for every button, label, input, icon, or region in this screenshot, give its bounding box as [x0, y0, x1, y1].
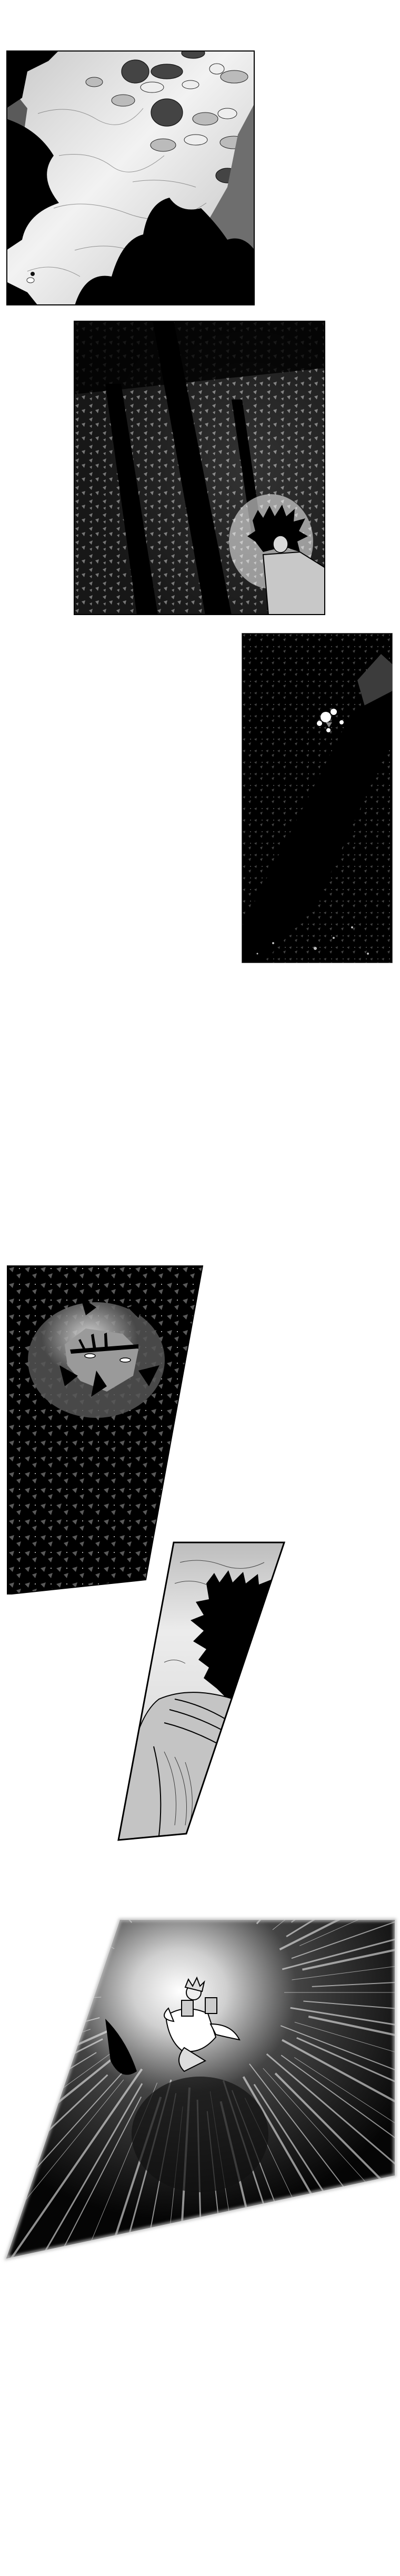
panel-6: Figure with fluttering robes leaping hig… — [0, 1914, 400, 2266]
forest-canopy-illustration — [74, 321, 325, 615]
panel-5: Back view of the spiky-haired character … — [117, 1541, 285, 1841]
leaping-figure-speedlines-illustration — [0, 1914, 400, 2266]
panel-3: Dark forest canopy with a diagonal tree … — [242, 633, 393, 963]
animal-procession-illustration — [6, 50, 255, 305]
character-back-view-illustration — [117, 1541, 285, 1841]
dark-forest-illustration — [242, 633, 393, 963]
panel-2: Low-angle view up through tall dark fore… — [74, 321, 325, 615]
panel-1: Overhead view of a procession of bears, … — [6, 50, 255, 305]
